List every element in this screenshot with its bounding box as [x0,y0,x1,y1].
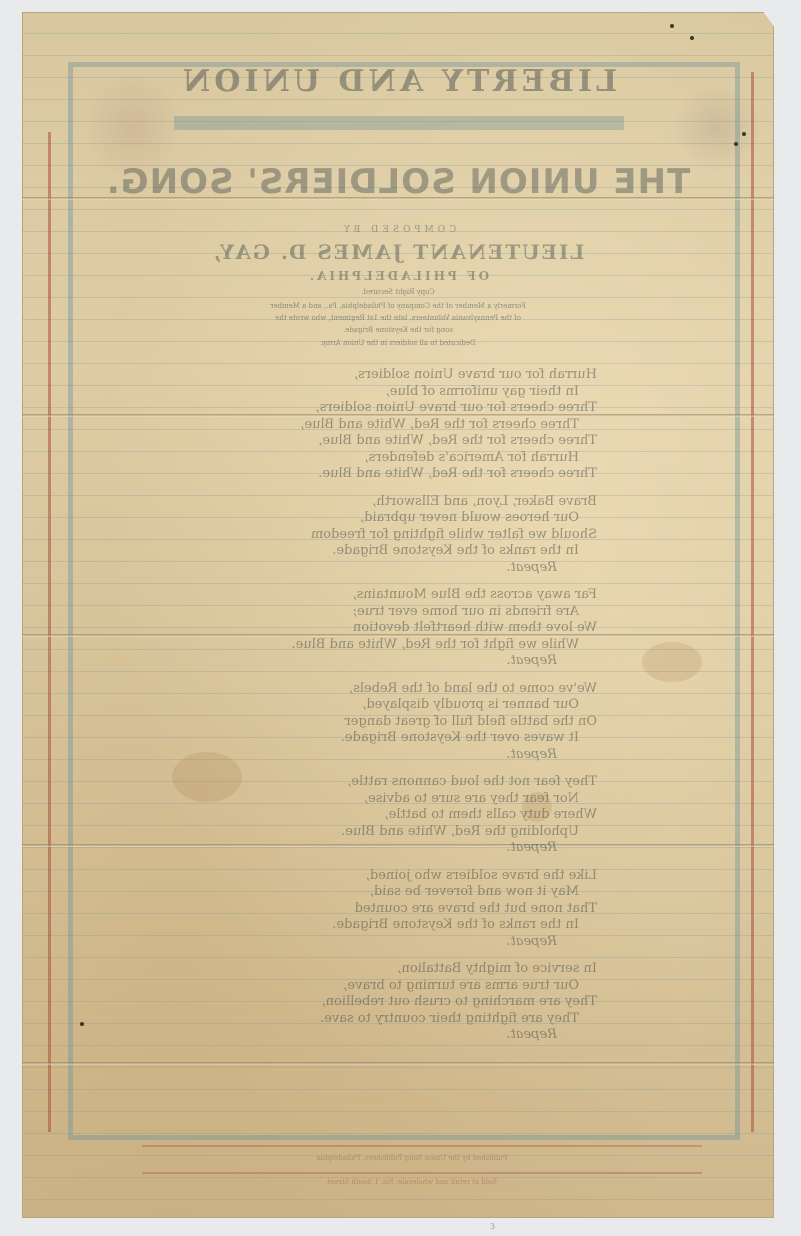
masthead: LIBERTY AND UNION [22,64,774,99]
document-page: LIBERTY AND UNION THE UNION SOLDIERS' SO… [22,12,774,1218]
verse-line: We've come to the land of the Rebels, [267,681,597,698]
verse: In service of mighty Battalion,Our true … [267,961,597,1044]
refrain-marker: Repeat. [267,1027,597,1044]
verse-line: They are fighting their country to save. [267,1011,597,1028]
verse: Like the brave soldiers who joined,May i… [267,868,597,951]
verse-line: Three cheers for our brave Union soldier… [267,400,597,417]
small-line: Copy Right Secured. [22,288,774,296]
refrain-marker: Repeat. [267,560,597,577]
song-title: THE UNION SOLDIERS' SONG. [22,162,774,202]
verse-line: That none but the brave are counted [267,901,597,918]
verse-line: Far away across the Blue Mountains, [267,587,597,604]
verse-line: Our true arms are turning to brave, [267,978,597,995]
song-verses: Hurrah for our brave Union soldiers,In t… [267,367,597,1055]
footer-text: Sold at retail and wholesale, No. 1 Sout… [162,1178,662,1186]
footer-text: Published by the Union Song Publishers, … [162,1154,662,1162]
verse-line: Three cheers for the Red, White and Blue… [267,433,597,450]
verse: Far away across the Blue Mountains,Are f… [267,587,597,670]
verse-line: Should we falter while fighting for free… [267,527,597,544]
small-line: Dedicated to all soldiers in the Union A… [22,339,774,347]
verse: Hurrah for our brave Union soldiers,In t… [267,367,597,483]
verse: We've come to the land of the Rebels,Our… [267,681,597,764]
author-city: OF PHILADELPHIA. [22,269,774,283]
verse: Brave Baker, Lyon, and Ellsworth,Our her… [267,494,597,577]
small-line: of the Pennsylvania Volunteers, late the… [22,314,774,322]
verse-line: In the ranks of the Keystone Brigade. [267,543,597,560]
refrain-marker: Repeat. [267,653,597,670]
verse-line: Nor fear they are sure to advise, [267,791,597,808]
verse-line: They are marching to crush out rebellion… [267,994,597,1011]
composed-by: COMPOSED BY [22,225,774,235]
verse-line: Like the brave soldiers who joined, [267,868,597,885]
verse-line: Upholding the Red, White and Blue. [267,824,597,841]
verse-line: Hurrah for America's defenders, [267,450,597,467]
footer-rule [142,1172,702,1174]
verse-line: Our banner is proudly displayed, [267,697,597,714]
verse-line: May it now and forever be said, [267,884,597,901]
banner-stripe [174,116,624,130]
small-line: Formerly a Member of the Company of Phil… [22,302,774,310]
verse-line: Three cheers for the Red, White and Blue… [267,466,597,483]
verse-line: Are friends in our home ever true; [267,604,597,621]
verse-line: In the ranks of the Keystone Brigade. [267,917,597,934]
verse-line: While we fight for the Red, White and Bl… [267,637,597,654]
verse-line: They fear not the loud cannons rattle, [267,774,597,791]
verse-line: In service of mighty Battalion, [267,961,597,978]
verse-line: Three cheers for the Red, White and Blue… [267,417,597,434]
verse-line: In their gay uniforms of blue, [267,384,597,401]
footer-rule [142,1145,702,1147]
scan-mark: 3 [490,1222,495,1231]
verse-line: We love them with heartfelt devotion [267,620,597,637]
verse-line: Our heroes would never upbraid, [267,510,597,527]
refrain-marker: Repeat. [267,747,597,764]
verse-line: It waves over the Keystone Brigade. [267,730,597,747]
verse: They fear not the loud cannons rattle,No… [267,774,597,857]
author: LIEUTENANT JAMES D. GAY, [22,240,774,264]
refrain-marker: Repeat. [267,934,597,951]
verse-line: Where duty calls them to battle, [267,807,597,824]
verse-line: Brave Baker, Lyon, and Ellsworth, [267,494,597,511]
verse-line: Hurrah for our brave Union soldiers, [267,367,597,384]
refrain-marker: Repeat. [267,840,597,857]
small-line: song for the Keystone Brigade. [22,326,774,334]
verse-line: On the battle field full of great danger [267,714,597,731]
